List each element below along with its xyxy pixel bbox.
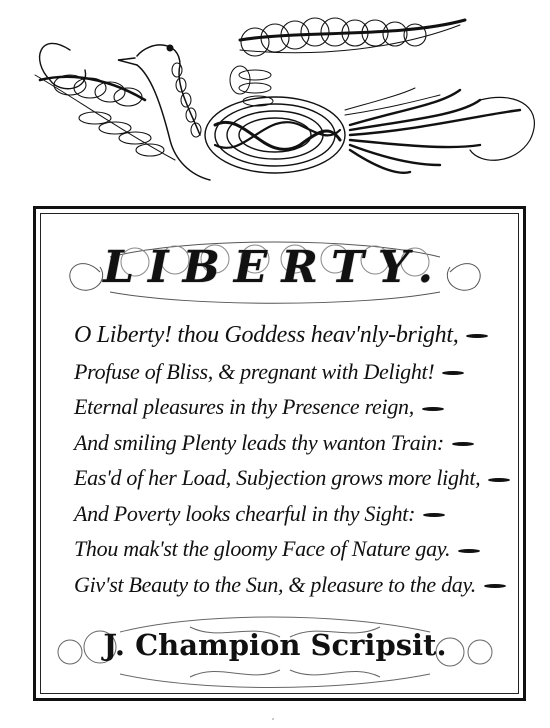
line-end-flourish (488, 478, 510, 482)
bird-flourish-illustration (0, 0, 550, 200)
poem-line: Thou mak'st the gloomy Face of Nature ga… (74, 531, 484, 567)
line-end-flourish (423, 513, 445, 517)
poem-line: O Liberty! thou Goddess heav'nly-bright, (74, 318, 484, 354)
signature-block: J. Champion Scripsit. (40, 612, 510, 692)
poem-line: Eternal pleasures in thy Presence reign, (74, 389, 484, 425)
poem-line-text: Profuse of Bliss, & pregnant with Deligh… (74, 359, 434, 384)
poem-line: Profuse of Bliss, & pregnant with Deligh… (74, 354, 484, 390)
poem-line-text: Thou mak'st the gloomy Face of Nature ga… (74, 536, 450, 561)
title-block: LIBERTY. (40, 232, 510, 308)
poem-line-text: O Liberty! thou Goddess heav'nly-bright, (74, 322, 458, 348)
line-end-flourish (442, 371, 464, 375)
line-end-flourish (422, 407, 444, 411)
poem-line-text: And smiling Plenty leads thy wanton Trai… (74, 430, 444, 455)
poem-line: Giv'st Beauty to the Sun, & pleasure to … (74, 567, 484, 603)
page-speck (272, 718, 274, 720)
poem-line: And smiling Plenty leads thy wanton Trai… (74, 425, 484, 461)
poem-line-text: Eternal pleasures in thy Presence reign, (74, 394, 414, 419)
poem-line: Eas'd of her Load, Subjection grows more… (74, 460, 484, 496)
poem-line-text: Giv'st Beauty to the Sun, & pleasure to … (74, 572, 476, 597)
line-end-flourish (452, 442, 474, 446)
poem-body: O Liberty! thou Goddess heav'nly-bright,… (74, 318, 484, 602)
poem-line-text: And Poverty looks chearful in thy Sight: (74, 501, 415, 526)
poem-line: And Poverty looks chearful in thy Sight: (74, 496, 484, 532)
line-end-flourish (458, 549, 480, 553)
poem-line-text: Eas'd of her Load, Subjection grows more… (74, 465, 480, 490)
poem-title: LIBERTY. (40, 242, 510, 293)
signature: J. Champion Scripsit. (40, 628, 510, 662)
